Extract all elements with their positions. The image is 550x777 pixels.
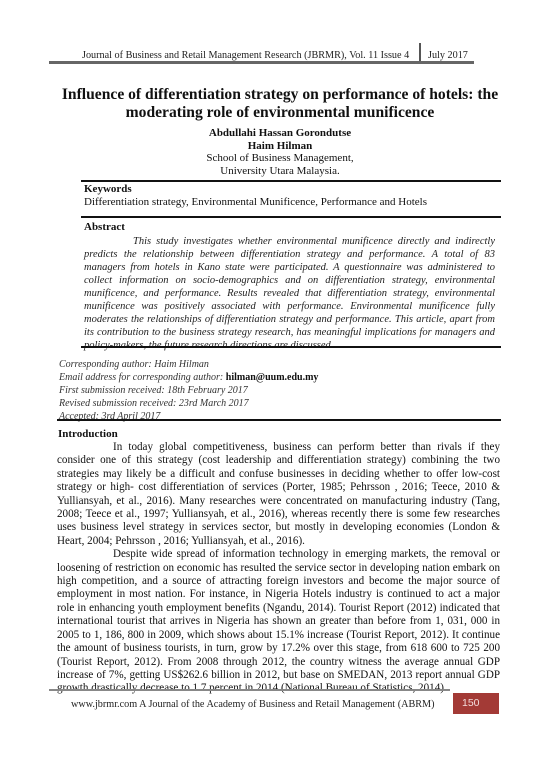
keywords-label: Keywords (84, 183, 132, 195)
article-metadata: Corresponding author: Haim Hilman Email … (59, 358, 318, 423)
page-number-badge: 150 (453, 693, 499, 714)
email-label: Email address for corresponding author: (59, 372, 226, 383)
affiliation-line-2: University Utara Malaysia. (60, 165, 500, 178)
keywords-bottom-rule (81, 216, 501, 218)
introduction-body: In today global competitiveness, busines… (57, 441, 500, 696)
abstract-label: Abstract (84, 221, 125, 233)
title-line-1: Influence of differentiation strategy on… (60, 86, 500, 104)
abstract-body: This study investigates whether environm… (84, 236, 495, 351)
paragraph: In today global competitiveness, busines… (57, 441, 500, 548)
author-block: Abdullahi Hassan Gorondutse Haim Hilman … (60, 127, 500, 177)
header-rule (49, 61, 474, 64)
affiliation-line-1: School of Business Management, (60, 152, 500, 165)
metadata-bottom-rule (57, 419, 501, 421)
author-1: Abdullahi Hassan Gorondutse (60, 127, 500, 140)
introduction-heading: Introduction (58, 428, 118, 440)
abstract-text: This study investigates whether environm… (84, 235, 495, 352)
paragraph: Despite wide spread of information techn… (57, 548, 500, 695)
running-header-date: July 2017 (428, 50, 468, 61)
email-link[interactable]: hilman@uum.edu.my (226, 372, 319, 383)
footer-rule (49, 689, 450, 691)
first-submission: First submission received: 18th February… (59, 384, 318, 397)
keywords-text: Differentiation strategy, Environmental … (84, 196, 427, 208)
abstract-bottom-rule (81, 346, 501, 348)
author-2: Haim Hilman (60, 140, 500, 153)
footer-text[interactable]: www.jbrmr.com A Journal of the Academy o… (71, 699, 434, 710)
running-header-journal: Journal of Business and Retail Managemen… (82, 50, 409, 61)
paper-title: Influence of differentiation strategy on… (60, 86, 500, 122)
email-line: Email address for corresponding author: … (59, 371, 318, 384)
accepted-date: Accepted: 3rd April 2017 (59, 410, 318, 423)
corresponding-author: Corresponding author: Haim Hilman (59, 358, 318, 371)
header-separator (419, 43, 421, 62)
keywords-top-rule (81, 180, 501, 182)
title-line-2: moderating role of environmental munific… (60, 104, 500, 122)
revised-submission: Revised submission received: 23rd March … (59, 397, 318, 410)
